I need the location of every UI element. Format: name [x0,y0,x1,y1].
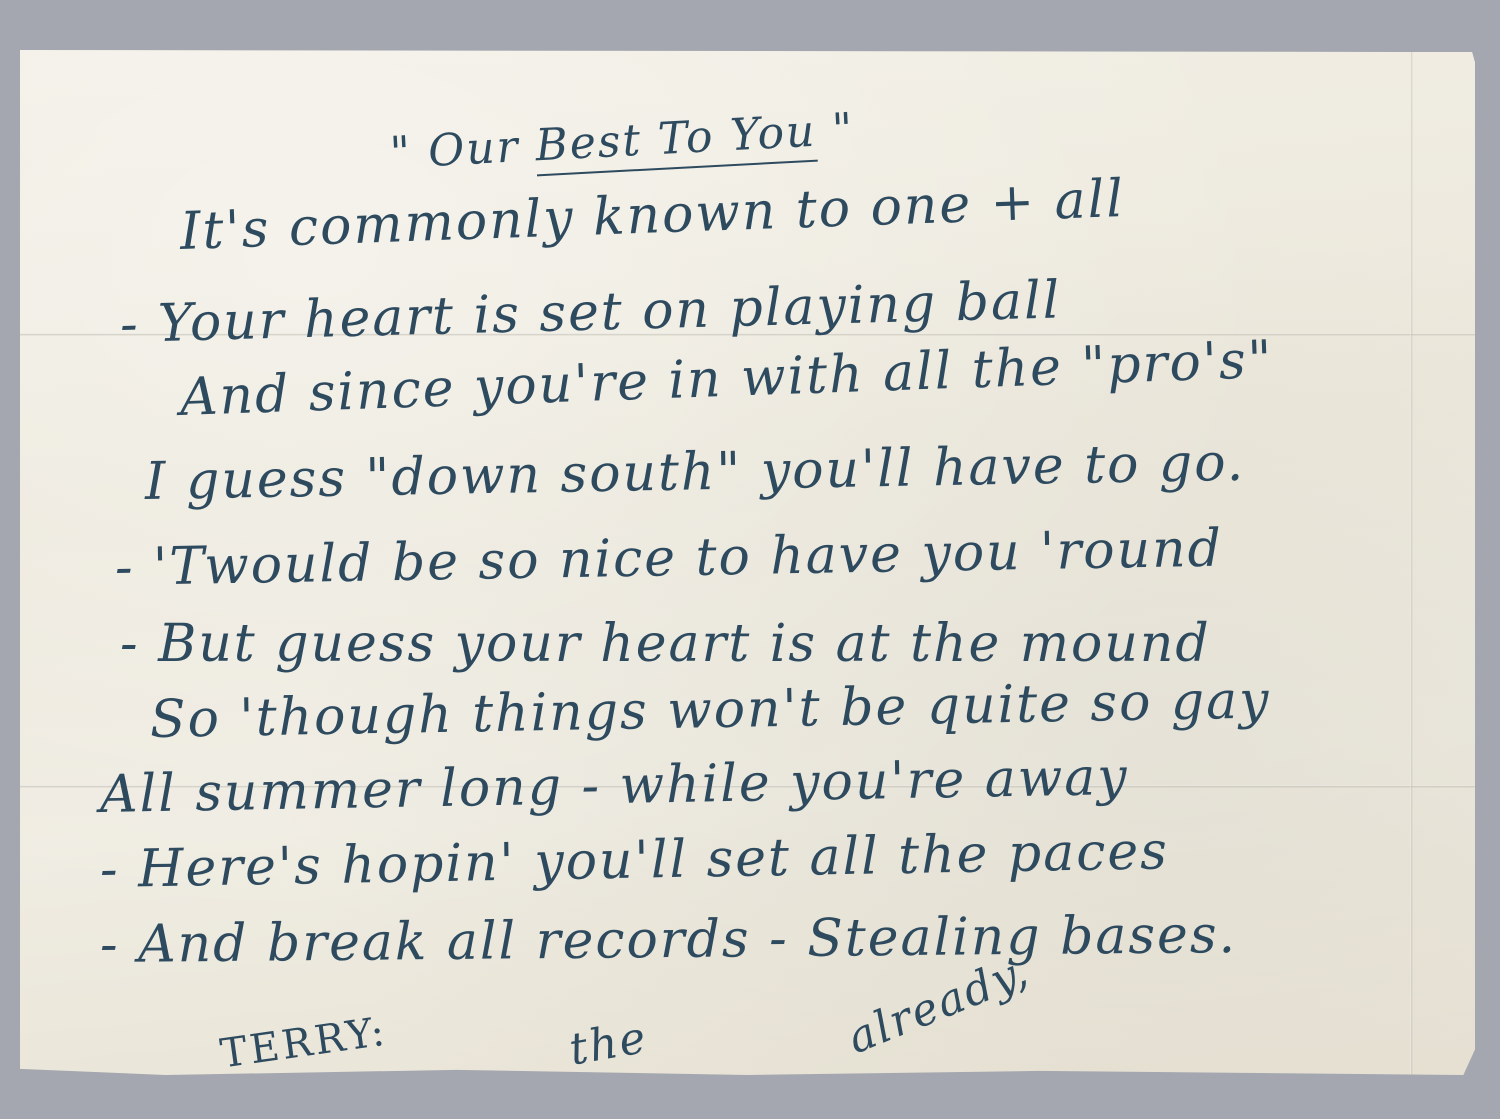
title-word-our: Our [427,120,537,177]
poem-line-8: All summer long - while you're away [99,747,1129,825]
poem-line-10: - And break all records - Stealing bases… [100,905,1238,975]
poem-line-4: I guess "down south" you'll have to go. [144,433,1245,512]
poem-line-6: - But guess your heart is at the mound [120,614,1211,674]
partial-word-the: the [566,1012,652,1076]
poem-line-7: So 'though things won't be quite so gay [149,670,1271,750]
salutation-terry: TERRY: [218,1009,391,1078]
poem-title: " Our Best To You " [389,104,856,179]
title-open-quote: " [389,127,414,179]
poem-line-5: - 'Twould be so nice to have you 'round [114,519,1223,598]
letter-paper: " Our Best To You " It's commonly known … [20,50,1475,1075]
fold-crease-vertical [1410,50,1413,1075]
title-underlined-text: Best To You [534,106,817,172]
poem-line-1: It's commonly known to one + all [179,169,1126,262]
poem-line-9: - Here's hopin' you'll set all the paces [99,821,1169,900]
title-close-quote: " [831,104,856,156]
